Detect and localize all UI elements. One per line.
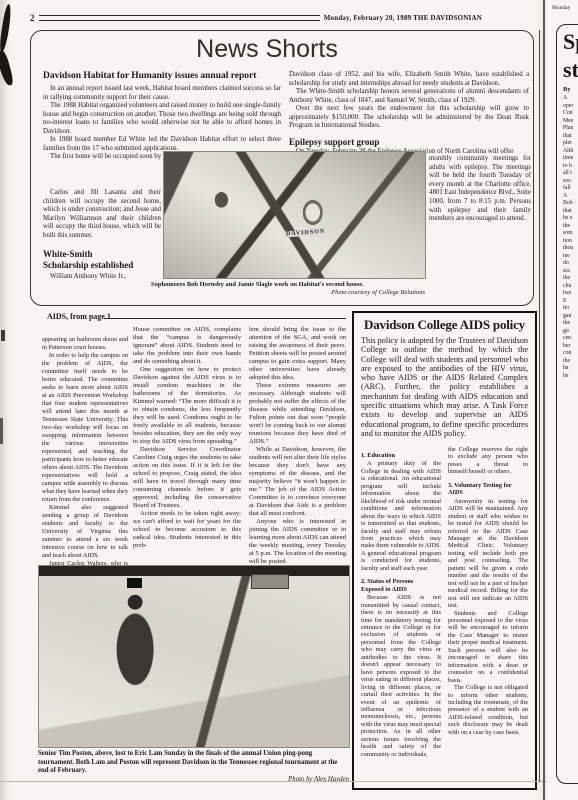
page-bottom-rule — [0, 781, 578, 782]
paragraph: Because AIDS is not transmitted by casua… — [361, 594, 441, 758]
page-gutter-line — [539, 30, 540, 782]
paragraph: In order to help the campus on the probl… — [42, 352, 128, 504]
aids-headline-rule — [104, 318, 346, 319]
binding-mark — [0, 49, 14, 86]
header-rule — [39, 15, 320, 21]
white-smith-continued: Davidson class of 1952, and his wife, El… — [289, 71, 529, 157]
habitat-body-narrow: Carlos and Jill Lasanta and their childr… — [43, 189, 161, 240]
white-smith-body: Davidson class of 1952, and his wife, El… — [289, 71, 529, 131]
paragraph: The 1988 Habitat organized volunteers an… — [43, 102, 281, 136]
white-smith-lead: William Anthony White Jr., — [43, 273, 161, 282]
page-number: 2 — [30, 13, 35, 23]
aids-policy-right-column: the College reserves the right to exclud… — [448, 446, 528, 784]
aids-column-2: House committee on AIDS, complains that … — [133, 326, 241, 550]
aids-column-1: appearing on bathroom doors and in Patte… — [42, 336, 128, 576]
pingpong-photo — [38, 565, 350, 748]
paragraph: While at Davidson, however, the students… — [249, 446, 346, 518]
paragraph: Anyone who is interested in joining the … — [249, 518, 346, 566]
paragraph: These extreme measures are necessary. Al… — [249, 382, 346, 446]
scan-speck — [0, 418, 3, 444]
masthead: Monday, February 20, 1989 THE DAVIDSONIA… — [324, 14, 482, 22]
paragraph: lem should bring the issue to the attent… — [249, 326, 346, 382]
paragraph: Action needs to be taken right away; we … — [133, 510, 241, 550]
habitat-headline: Davidson Habitat for Humanity issues ann… — [43, 71, 281, 82]
adjacent-byline-fragment: By — [563, 86, 578, 93]
habitat-photo-caption: Sophomores Bob Hornsby and Jamie Slagle … — [151, 281, 425, 289]
policy-section-1-heading: 1. Education — [361, 452, 441, 459]
paragraph: Students and College personnel exposed t… — [448, 610, 528, 685]
pingpong-caption-block: Senior Tim Poston, above, lost to Eric L… — [38, 750, 349, 784]
paragraph: Over the next few years the endowment fo… — [289, 105, 529, 131]
habitat-article-continued: Carlos and Jill Lasanta and their childr… — [43, 189, 161, 282]
paragraph: Carlos and Jill Lasanta and their childr… — [43, 189, 161, 240]
sweatshirt-text: DAVIDSON — [284, 229, 328, 238]
paragraph: One suggestion on how to protect Davidso… — [133, 366, 241, 446]
habitat-photo-caption-block: Sophomores Bob Hornsby and Jamie Slagle … — [151, 281, 425, 297]
scan-speck — [1, 330, 5, 341]
aids-policy-columns: 1. Education A primary duty of the Colle… — [361, 446, 528, 784]
paragraph: Davidson Service Coordinator Caroline Cr… — [133, 446, 241, 510]
policy-section-3-body: Anonymity in testing for AIDS will be ma… — [448, 498, 528, 737]
paragraph: In an annual report issued last week, Ha… — [43, 85, 281, 102]
aids-policy-title: Davidson College AIDS policy — [356, 317, 533, 333]
adjacent-page-box: Sp st By A oper Con Mee Plan that plet A… — [556, 24, 578, 784]
paragraph: The White-Smith scholarship honors sever… — [289, 88, 529, 105]
paragraph: Davidson class of 1952, and his wife, El… — [289, 71, 529, 88]
policy-section-2-heading: 2. Status of Persons Exposed to AIDS — [361, 578, 441, 593]
aids-policy-box: Davidson College AIDS policy This policy… — [352, 311, 537, 790]
policy-section-1-body: A primary duty of the College in dealing… — [361, 460, 441, 572]
policy-section-2-body: Because AIDS is not transmitted by casua… — [361, 594, 441, 758]
page-gutter-line — [543, 0, 545, 800]
aids-column-3: lem should bring the issue to the attent… — [249, 326, 346, 566]
aids-continuation-headline: AIDS, from page 1 — [47, 312, 111, 321]
white-smith-headline: White-Smith Scholarship established — [43, 249, 161, 271]
adjacent-headline-fragment: st — [563, 58, 578, 81]
adjacent-page-sliver: Monday Sp st By A oper Con Mee Plan that… — [547, 0, 578, 800]
page-header: 2 Monday, February 20, 1989 THE DAVIDSON… — [30, 13, 482, 23]
photo-dark-label — [127, 578, 142, 588]
habitat-photo-credit: Photo courtesy of College Relations — [151, 289, 425, 297]
aids-policy-left-column: 1. Education A primary duty of the Colle… — [361, 446, 441, 784]
news-shorts-title: News Shorts — [31, 35, 503, 64]
adjacent-headline-fragment: Sp — [563, 30, 578, 53]
paragraph: The College is not obligated to inform o… — [448, 684, 528, 736]
habitat-article: Davidson Habitat for Humanity issues ann… — [43, 71, 281, 162]
paragraph: Anonymity in testing for AIDS will be ma… — [448, 498, 528, 610]
policy-section-3-heading: 3. Voluntary Testing for AIDS — [448, 482, 528, 497]
adjacent-column-fragments: A oper Con Mee Plan that plet Alth time … — [563, 95, 578, 380]
aids-policy-intro: This policy is adopted by the Trustees o… — [361, 336, 528, 438]
epilepsy-wrap-text: monthly community meetings for adults wi… — [429, 155, 531, 224]
binding-mark — [0, 4, 13, 53]
paragraph: A primary duty of the College in dealing… — [361, 460, 441, 572]
newspaper-page: 2 Monday, February 20, 1989 THE DAVIDSON… — [0, 0, 578, 800]
adjacent-page-date: Monday — [552, 5, 570, 11]
paragraph: Kimmel also suggested sending a group of… — [42, 504, 128, 560]
news-shorts-box: News Shorts Davidson Habitat for Humanit… — [30, 30, 534, 306]
habitat-photo: DAVIDSON — [163, 151, 426, 279]
photo-sign — [251, 574, 289, 589]
epilepsy-headline: Epilepsy support group — [289, 138, 529, 147]
pingpong-caption: Senior Tim Poston, above, lost to Eric L… — [38, 750, 349, 776]
paragraph: appearing on bathroom doors and in Patte… — [42, 336, 128, 352]
policy-carryover-text: the College reserves the right to exclud… — [448, 446, 528, 476]
paragraph: House committee on AIDS, complains that … — [133, 326, 241, 366]
